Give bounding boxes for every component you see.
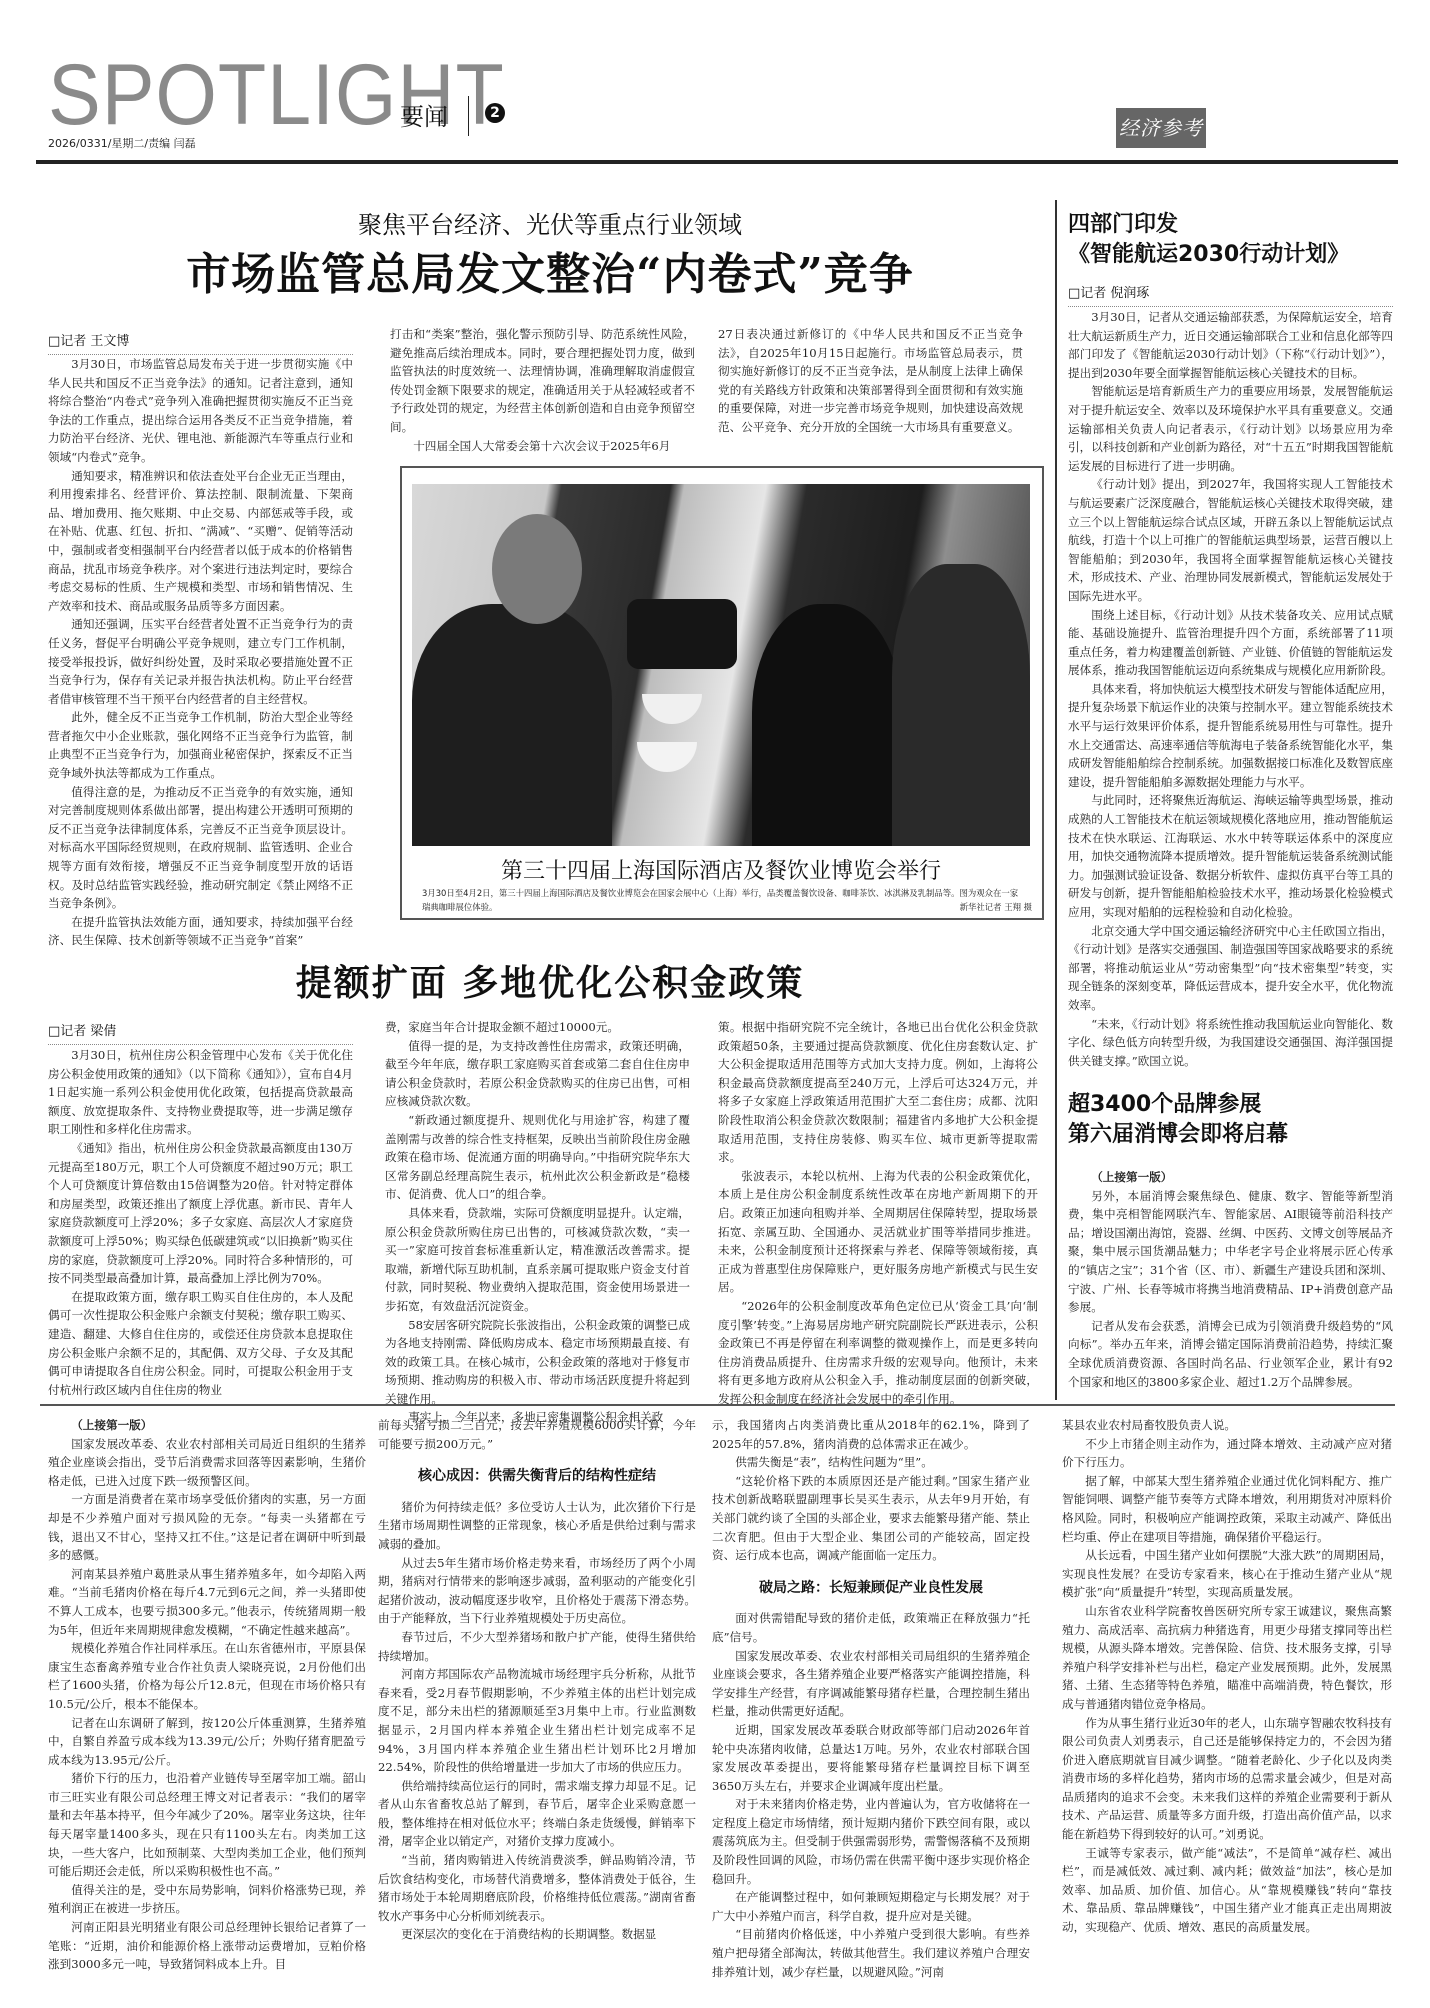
section-divider [468, 96, 469, 136]
paragraph: 3月30日，市场监管总局发布关于进一步贯彻实施《中华人民共和国反不正当竞争法》的… [48, 355, 353, 467]
pour-over-dripper [642, 694, 702, 724]
housing-column-3: 策。根据中指研究院不完全统计，各地已出台优化公积金贷款政策超50条，主要通过提高… [718, 1018, 1038, 1408]
exhibition-photo [412, 484, 1030, 846]
paragraph: 策。根据中指研究院不完全统计，各地已出台优化公积金贷款政策超50条，主要通过提高… [718, 1018, 1038, 1167]
paragraph: 河南某县养殖户葛胜录从事生猪养殖多年，如今却陷入两难。“当前毛猪肉价格在每斤4.… [48, 1565, 366, 1639]
pork-subhead-2: 破局之路：长短兼顾促产业良性发展 [712, 1579, 1030, 1598]
pour-over-dripper [637, 742, 697, 772]
paragraph: 记者从发布会获悉，消博会已成为引领消费升级趋势的“风向标”。举办五年来，消博会锚… [1068, 1317, 1393, 1391]
pork-column-2: 前每头猪亏损二三百元，按去年养殖规模6000头计算，今年可能要亏损200万元。”… [378, 1416, 696, 1944]
paragraph: 在提取政策方面，缴存职工购买自住住房的，本人及配偶可一次性提取公积金账户余额支付… [48, 1288, 353, 1400]
paragraph: 围绕上述目标，《行动计划》从技术装备攻关、应用试点赋能、基础设施提升、监管治理提… [1068, 606, 1393, 680]
paragraph: 值得一提的是，为支持改善性住房需求，政策还明确，截至今年年底，缴存职工家庭购买首… [385, 1037, 690, 1111]
expo-body: （上接第一版） 另外，本届消博会聚焦绿色、健康、数字、智能等新型消费，集中亮相智… [1068, 1168, 1393, 1391]
visitor-figure [892, 564, 1030, 846]
housing-column-2: 费，家庭当年合计提取金额不超过10000元。 值得一提的是，为支持改善性住房需求… [385, 1018, 690, 1427]
shipping-headline-line1: 四部门印发 [1068, 210, 1398, 240]
lead-byline: □记者 王文博 [48, 330, 353, 355]
paragraph: 具体来看，贷款端，实际可贷额度明显提升。认定端，原公积金贷款所购住房已出售的，可… [385, 1204, 690, 1316]
paragraph: “目前猪肉价格低迷，中小养殖户受到很大影响。有些养殖户把母猪全部淘汰，转做其他营… [712, 1925, 1030, 1981]
paragraph: 通知要求，精准辨识和依法查处平台企业无正当理由，利用搜索排名、经营评价、算法控制… [48, 467, 353, 616]
paragraph: 通知还强调，压实平台经营者处置不正当竞争行为的责任义务，督促平台明确公平竞争规则… [48, 615, 353, 708]
shipping-byline: □记者 倪润琢 [1068, 282, 1393, 307]
newspaper-logo: 经济参考报 [1116, 108, 1206, 148]
paragraph: 猪价为何持续走低？多位受访人士认为，此次猪价下行是生猪市场周期性调整的正常现象，… [378, 1498, 696, 1554]
barista-figure [412, 604, 612, 846]
paragraph: 王诚等专家表示，做产能“减法”，不是简单“减存栏、减出栏”，而是减低效、减过剩、… [1062, 1844, 1392, 1937]
paragraph: “新政通过额度提升、规则优化与用途扩容，构建了覆盖刚需与改善的综合性支持框架，反… [385, 1111, 690, 1204]
paragraph: 智能航运是培育新质生产力的重要应用场景，发展智能航运对于提升航运安全、效率以及环… [1068, 382, 1393, 475]
paragraph: “未来，《行动计划》将系统性推动我国航运业向智能化、数字化、绿色低方向转型升级，… [1068, 1015, 1393, 1071]
paragraph: 对于未来猪肉价格走势，业内普遍认为，官方收储将在一定程度上稳定市场情绪，预计短期… [712, 1795, 1030, 1888]
paragraph: 国家发展改革委、农业农村部相关司局近日组织的生猪养殖企业座谈会指出，受节后消费需… [48, 1435, 366, 1491]
paragraph: 供需失衡是“表”，结构性问题为“里”。 [712, 1453, 1030, 1472]
visitor-figure [752, 604, 902, 846]
expo-headline-line1: 超3400个品牌参展 [1068, 1090, 1398, 1120]
paragraph: “当前，猪肉购销进入传统消费淡季，鲜品购销冷清，节后饮食结构变化，市场替代消费增… [378, 1851, 696, 1925]
paragraph: 某县农业农村局畜牧股负责人说。 [1062, 1416, 1392, 1435]
pork-column-3: 示，我国猪肉占肉类消费比重从2018年的62.1%，降到了2025年的57.8%… [712, 1416, 1030, 1981]
paragraph: 打击和“类案”整治，强化警示预防引导、防范系统性风险，避免推高后续治理成本。同时… [390, 325, 695, 437]
shipping-headline: 四部门印发 《智能航运2030行动计划》 [1068, 210, 1398, 270]
paragraph: 北京交通大学中国交通运输经济研究中心主任欧国立指出，《行动计划》是落实交通强国、… [1068, 922, 1393, 1015]
paragraph: 3月30日，记者从交通运输部获悉，为保障航运安全，培育壮大航运新质生产力，近日交… [1068, 308, 1393, 382]
paragraph: “这轮价格下跌的本质原因还是产能过剩。”国家生猪产业技术创新战略联盟副理事长吴买… [712, 1472, 1030, 1565]
paragraph: 费，家庭当年合计提取金额不超过10000元。 [385, 1018, 690, 1037]
paragraph: 一方面是消费者在菜市场享受低价猪肉的实惠，另一方面却是不少养殖户面对亏损风险的无… [48, 1490, 366, 1564]
shipping-body: 3月30日，记者从交通运输部获悉，为保障航运安全，培育壮大航运新质生产力，近日交… [1068, 308, 1393, 1070]
paragraph: 从长远看，中国生猪产业如何摆脱“大涨大跌”的周期困局，实现良性发展？在受访专家看… [1062, 1546, 1392, 1602]
page-number-badge: 2 [485, 103, 505, 123]
paragraph: 与此同时，还将聚焦近海航运、海峡运输等典型场景，推动成熟的人工智能技术在航运领域… [1068, 791, 1393, 921]
paragraph: 不少上市猪企则主动作为，通过降本增效、主动减产应对猪价下行压力。 [1062, 1435, 1392, 1472]
paragraph: 猪价下行的压力，也沿着产业链传导至屠宰加工端。韶山市三旺实业有限公司总经理王博文… [48, 1769, 366, 1881]
paragraph: 值得注意的是，为推动反不正当竞争的有效实施，通知对完善制度规则体系做出部署，提出… [48, 783, 353, 913]
housing-byline: □记者 梁倩 [48, 1020, 353, 1045]
lead-kicker: 聚焦平台经济、光伏等重点行业领域 [40, 205, 1060, 240]
continued-note: （上接第一版） [1068, 1168, 1393, 1187]
sidebar-divider [1055, 200, 1057, 1400]
paragraph: 27日表决通过新修订的《中华人民共和国反不正当竞争法》，自2025年10月15日… [718, 325, 1023, 437]
issue-line: 2026/0331/星期二/责编 闫磊 [48, 135, 196, 151]
masthead-rule [36, 160, 1398, 164]
paragraph: 前每头猪亏损二三百元，按去年养殖规模6000头计算，今年可能要亏损200万元。” [378, 1416, 696, 1453]
photo-title: 第三十四届上海国际酒店及餐饮业博览会举行 [412, 854, 1030, 885]
paragraph: 在提升监管执法效能方面，通知要求，持续加强平台经济、民生保障、技术创新等领域不正… [48, 913, 353, 950]
paragraph: 更深层次的变化在于消费结构的长期调整。数据显 [378, 1925, 696, 1944]
paragraph: 山东省农业科学院畜牧兽医研究所专家王诚建议，聚焦高繁殖力、高成活率、高抗病力种猪… [1062, 1602, 1392, 1714]
continued-note: （上接第一版） [48, 1416, 366, 1435]
pork-subhead-1: 核心成因：供需失衡背后的结构性症结 [378, 1467, 696, 1486]
shipping-headline-line2: 《智能航运2030行动计划》 [1068, 240, 1398, 270]
paragraph: 十四届全国人大常委会第十六次会议于2025年6月 [390, 437, 695, 456]
paragraph: 从过去5年生猪市场价格走势来看，市场经历了两个小周期，猪病对行情带来的影响逐步减… [378, 1554, 696, 1628]
paragraph: 河南正阳县光明猪业有限公司总经理钟长银给记者算了一笔账：“近期，油价和能源价格上… [48, 1918, 366, 1974]
pork-column-4: 某县农业农村局畜牧股负责人说。 不少上市猪企则主动作为，通过降本增效、主动减产应… [1062, 1416, 1392, 1937]
paragraph: “2026年的公积金制度改革角色定位已从‘资金工具’向‘制度引擎’转变。”上海易… [718, 1297, 1038, 1409]
housing-headline: 提额扩面 多地优化公积金政策 [40, 955, 1060, 1006]
paragraph: 近期，国家发展改革委联合财政部等部门启动2026年首轮中央冻猪肉收储，总量达1万… [712, 1721, 1030, 1795]
section-name: 要闻 [400, 97, 448, 132]
paragraph: 在产能调整过程中，如何兼顾短期稳定与长期发展？对于广大中小养殖户而言，科学自救，… [712, 1888, 1030, 1925]
paragraph: 3月30日，杭州住房公积金管理中心发布《关于优化住房公积金使用政策的通知》（以下… [48, 1046, 353, 1139]
expo-headline: 超3400个品牌参展 第六届消博会即将启幕 [1068, 1090, 1398, 1150]
paragraph: 规模化养殖合作社同样承压。在山东省德州市，平原县保康宝生态畜禽养殖专业合作社负责… [48, 1639, 366, 1713]
photo-credit: 新华社记者 王翔 摄 [922, 900, 1032, 914]
lead-column-3: 27日表决通过新修订的《中华人民共和国反不正当竞争法》，自2025年10月15日… [718, 325, 1023, 437]
paragraph: 记者在山东调研了解到，按120公斤体重测算，生猪养殖中，自繁自养盈亏成本线为13… [48, 1714, 366, 1770]
paragraph: 58安居客研究院院长张波指出，公积金政策的调整已成为各地支持刚需、降低购房成本、… [385, 1316, 690, 1409]
paragraph: 示，我国猪肉占肉类消费比重从2018年的62.1%，降到了2025年的57.8%… [712, 1416, 1030, 1453]
paragraph: 河南方邦国际农产品物流城市场经理宇兵分析称，从批节春来看，受2月春节假期影响，不… [378, 1665, 696, 1777]
coffee-grinder [627, 599, 737, 669]
paragraph: 具体来看，将加快航运大模型技术研发与智能体适配应用，提升复杂场景下航运作业的决策… [1068, 680, 1393, 792]
housing-column-1: 3月30日，杭州住房公积金管理中心发布《关于优化住房公积金使用政策的通知》（以下… [48, 1046, 353, 1399]
lead-headline: 市场监管总局发文整治“内卷式”竞争 [40, 248, 1060, 302]
paragraph: 《行动计划》提出，到2027年，我国将实现人工智能技术与航运要素广泛深度融合，智… [1068, 475, 1393, 605]
photo-feature-box: 第三十四届上海国际酒店及餐饮业博览会举行 3月30日至4月2日，第三十四届上海国… [400, 466, 1044, 920]
lead-column-1: 3月30日，市场监管总局发布关于进一步贯彻实施《中华人民共和国反不正当竞争法》的… [48, 355, 353, 950]
paragraph: 此外，健全反不正当竞争工作机制，防治大型企业等经营者拖欠中小企业账款，强化网络不… [48, 708, 353, 782]
paragraph: 春节过后，不少大型养猪场和散户扩产能，使得生猪供给持续增加。 [378, 1628, 696, 1665]
pork-column-1: （上接第一版） 国家发展改革委、农业农村部相关司局近日组织的生猪养殖企业座谈会指… [48, 1416, 366, 1974]
paragraph: 国家发展改革委、农业农村部相关司局组织的生猪养殖企业座谈会要求，各生猪养殖企业要… [712, 1647, 1030, 1721]
paragraph: 张波表示，本轮以杭州、上海为代表的公积金政策优化，本质上是住房公积金制度系统性改… [718, 1167, 1038, 1297]
paragraph: 另外，本届消博会聚焦绿色、健康、数字、智能等新型消费，集中亮相智能网联汽车、智能… [1068, 1187, 1393, 1317]
paragraph: 面对供需错配导致的猪价走低，政策端正在释放强力“托底”信号。 [712, 1609, 1030, 1646]
paragraph: 《通知》指出，杭州住房公积金贷款最高额度由130万元提高至180万元，职工个人可… [48, 1139, 353, 1288]
expo-headline-line2: 第六届消博会即将启幕 [1068, 1120, 1398, 1150]
paragraph: 作为从事生猪行业近30年的老人，山东瑞亨智融农牧科技有限公司负责人刘勇表示，自己… [1062, 1714, 1392, 1844]
lead-column-2: 打击和“类案”整治，强化警示预防引导、防范系统性风险，避免推高后续治理成本。同时… [390, 325, 695, 455]
paragraph: 值得关注的是，受中东局势影响，饲料价格涨势已现，养殖利润正在被进一步挤压。 [48, 1881, 366, 1918]
barista-head [492, 514, 582, 624]
section-rule [40, 1404, 1395, 1406]
paragraph: 据了解，中部某大型生猪养殖企业通过优化饲料配方、推广智能饲喂、调整产能节奏等方式… [1062, 1472, 1392, 1546]
paragraph: 供给端持续高位运行的同时，需求端支撑力却显不足。记者从山东省畜牧总站了解到，春节… [378, 1777, 696, 1851]
